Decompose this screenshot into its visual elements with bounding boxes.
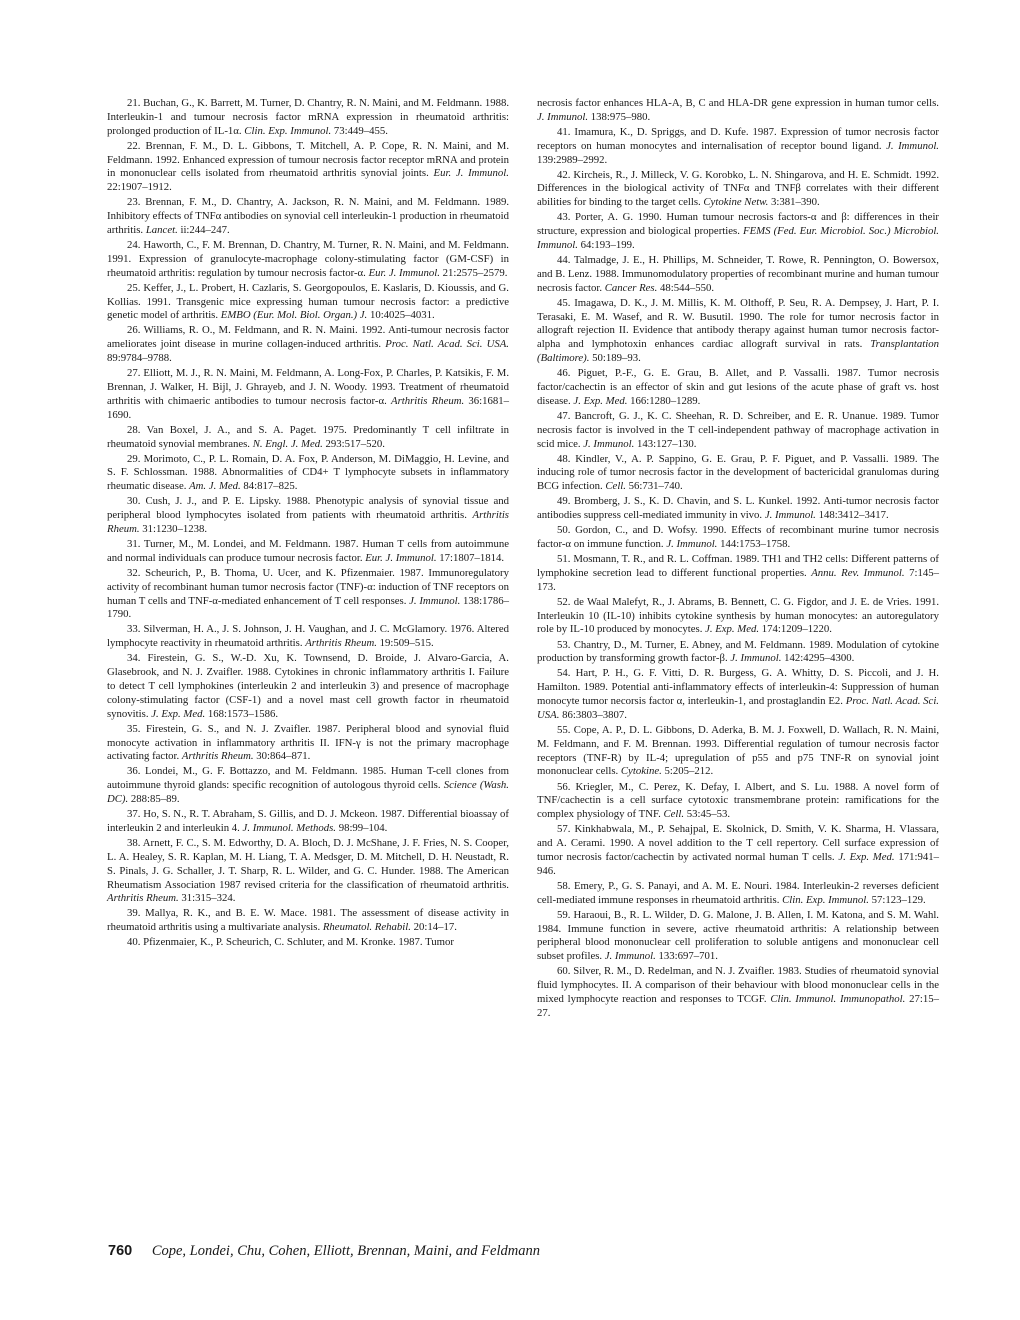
- reference-authors: Gordon, C., and D. Wofsy. 1990.: [575, 524, 731, 536]
- reference-number: 29.: [127, 453, 144, 465]
- reference-journal: Eur. J. Immunol.: [434, 167, 509, 179]
- reference-journal: J. Immunol.: [583, 438, 634, 450]
- reference-item: 34. Firestein, G. S., W.-D. Xu, K. Towns…: [107, 652, 509, 721]
- reference-item: 57. Kinkhabwala, M., P. Sehajpal, E. Sko…: [537, 823, 939, 878]
- reference-item: 44. Talmadge, J. E., H. Phillips, M. Sch…: [537, 254, 939, 296]
- reference-item: 45. Imagawa, D. K., J. M. Millis, K. M. …: [537, 297, 939, 366]
- running-head: Cope, Londei, Chu, Cohen, Elliott, Brenn…: [152, 1243, 540, 1259]
- reference-number: 41.: [557, 126, 574, 138]
- reference-journal: Clin. Immunol. Immunopathol.: [770, 993, 905, 1005]
- reference-citation: 174:1209–1220.: [759, 623, 832, 635]
- reference-journal: J. Immunol.: [409, 595, 460, 607]
- reference-column-left: 21. Buchan, G., K. Barrett, M. Turner, D…: [107, 97, 509, 951]
- reference-authors: Cush, J. J., and P. E. Lipsky. 1988.: [145, 495, 315, 507]
- reference-journal: J. Exp. Med.: [151, 708, 205, 720]
- reference-number: 50.: [557, 524, 575, 536]
- reference-number: 46.: [557, 367, 578, 379]
- reference-item: 30. Cush, J. J., and P. E. Lipsky. 1988.…: [107, 495, 509, 537]
- reference-item: necrosis factor enhances HLA-A, B, C and…: [537, 97, 939, 125]
- reference-citation: 133:697–701.: [656, 950, 718, 962]
- reference-citation: 22:1907–1912.: [107, 181, 172, 193]
- reference-number: 30.: [127, 495, 145, 507]
- reference-number: 60.: [557, 965, 573, 977]
- reference-journal: Rheumatol. Rehabil.: [323, 921, 411, 933]
- reference-number: 56.: [557, 781, 576, 793]
- reference-number: 52.: [557, 596, 574, 608]
- reference-title: necrosis factor enhances HLA-A, B, C and…: [537, 97, 939, 109]
- reference-citation: 20:14–17.: [411, 921, 457, 933]
- reference-item: 50. Gordon, C., and D. Wofsy. 1990. Effe…: [537, 524, 939, 552]
- reference-number: 33.: [127, 623, 143, 635]
- reference-journal: J. Exp. Med.: [838, 851, 894, 863]
- reference-journal: Arthritis Rheum.: [305, 637, 377, 649]
- reference-number: 34.: [127, 652, 148, 664]
- reference-number: 38.: [127, 837, 143, 849]
- reference-citation: 166:1280–1289.: [627, 395, 700, 407]
- reference-journal: Clin. Exp. Immunol.: [782, 894, 869, 906]
- reference-journal: Am. J. Med.: [189, 480, 241, 492]
- reference-number: 58.: [557, 880, 574, 892]
- reference-number: 44.: [557, 254, 574, 266]
- reference-citation: 30:864–871.: [254, 750, 311, 762]
- reference-citation: 288:85–89.: [128, 793, 179, 805]
- reference-item: 56. Kriegler, M., C. Perez, K. Defay, I.…: [537, 781, 939, 823]
- reference-number: 43.: [557, 211, 575, 223]
- reference-journal: J. Immunol. Methods.: [243, 822, 336, 834]
- reference-number: 51.: [557, 553, 573, 565]
- reference-authors: de Waal Malefyt, R., J. Abrams, B. Benne…: [574, 596, 939, 608]
- reference-journal: J. Exp. Med.: [705, 623, 759, 635]
- reference-journal: Eur. J. Immunol.: [369, 267, 440, 279]
- reference-journal: J. Immunol.: [666, 538, 717, 550]
- reference-title: Immune function in severe, active rheuma…: [537, 923, 939, 963]
- reference-authors: Mallya, R. K., and B. E. W. Mace. 1981.: [145, 907, 340, 919]
- reference-number: 47.: [557, 410, 575, 422]
- reference-citation: 138:975–980.: [588, 111, 650, 123]
- reference-number: 25.: [127, 282, 143, 294]
- reference-journal: Cancer Res.: [605, 282, 658, 294]
- reference-item: 36. Londei, M., G. F. Bottazzo, and M. F…: [107, 765, 509, 807]
- reference-authors: Mosmann, T. R., and R. L. Coffman. 1989.: [573, 553, 762, 565]
- reference-journal: J. Exp. Med.: [573, 395, 627, 407]
- reference-journal: J. Immunol.: [765, 509, 816, 521]
- reference-number: 23.: [127, 196, 145, 208]
- reference-journal: Cell.: [663, 808, 684, 820]
- reference-item: 24. Haworth, C., F. M. Brennan, D. Chant…: [107, 239, 509, 281]
- reference-citation: 31:1230–1238.: [140, 523, 208, 535]
- reference-item: 48. Kindler, V., A. P. Sappino, G. E. Gr…: [537, 453, 939, 495]
- reference-journal: Proc. Natl. Acad. Sci. USA.: [385, 338, 509, 350]
- reference-citation: 84:817–825.: [241, 480, 298, 492]
- reference-number: 35.: [127, 723, 146, 735]
- reference-number: 37.: [127, 808, 143, 820]
- reference-citation: 89:9784–9788.: [107, 352, 172, 364]
- reference-authors: Silver, R. M., D. Redelman, and N. J. Zv…: [573, 965, 804, 977]
- reference-authors: Kriegler, M., C. Perez, K. Defay, I. Alb…: [576, 781, 863, 793]
- reference-authors: Bancroft, G. J., K. C. Sheehan, R. D. Sc…: [575, 410, 911, 422]
- reference-citation: 144:1753–1758.: [717, 538, 790, 550]
- reference-journal: Annu. Rev. Immunol.: [811, 567, 904, 579]
- reference-item: 21. Buchan, G., K. Barrett, M. Turner, D…: [107, 97, 509, 139]
- reference-item: 33. Silverman, H. A., J. S. Johnson, J. …: [107, 623, 509, 651]
- reference-number: 57.: [557, 823, 575, 835]
- reference-journal: Arthritis Rheum.: [391, 395, 464, 407]
- reference-item: 60. Silver, R. M., D. Redelman, and N. J…: [537, 965, 939, 1020]
- reference-citation: 21:2575–2579.: [440, 267, 508, 279]
- reference-number: 59.: [557, 909, 574, 921]
- reference-item: 46. Piguet, P.-F., G. E. Grau, B. Allet,…: [537, 367, 939, 409]
- reference-authors: Chantry, D., M. Turner, E. Abney, and M.…: [574, 639, 837, 651]
- reference-item: 41. Imamura, K., D. Spriggs, and D. Kufe…: [537, 126, 939, 168]
- reference-number: 21.: [127, 97, 143, 109]
- reference-authors: Kindler, V., A. P. Sappino, G. E. Grau, …: [575, 453, 922, 465]
- reference-number: 53.: [557, 639, 574, 651]
- reference-number: 27.: [127, 367, 143, 379]
- reference-item: 52. de Waal Malefyt, R., J. Abrams, B. B…: [537, 596, 939, 638]
- reference-citation: 17:1807–1814.: [437, 552, 505, 564]
- reference-citation: 148:3412–3417.: [816, 509, 889, 521]
- reference-number: 45.: [557, 297, 574, 309]
- reference-number: 31.: [127, 538, 144, 550]
- reference-citation: 31:315–324.: [179, 892, 236, 904]
- reference-citation: 5:205–212.: [662, 765, 713, 777]
- reference-number: 49.: [557, 495, 574, 507]
- reference-journal: J. Immunol.: [605, 950, 656, 962]
- reference-citation: 53:45–53.: [684, 808, 730, 820]
- reference-number: 24.: [127, 239, 143, 251]
- reference-citation: 293:517–520.: [323, 438, 385, 450]
- reference-citation: 3:381–390.: [768, 196, 819, 208]
- reference-citation: 10:4025–4031.: [367, 309, 435, 321]
- reference-authors: Scheurich, P., B. Thoma, U. Ucer, and K.…: [145, 567, 428, 579]
- reference-number: 28.: [127, 424, 147, 436]
- reference-citation: 50:189–93.: [589, 352, 640, 364]
- reference-authors: Firestein, G. S., and N. J. Zvaifler. 19…: [146, 723, 346, 735]
- page-footer: 760 Cope, Londei, Chu, Cohen, Elliott, B…: [108, 1243, 540, 1260]
- reference-journal: J. Immunol.: [730, 652, 781, 664]
- reference-item: 47. Bancroft, G. J., K. C. Sheehan, R. D…: [537, 410, 939, 452]
- reference-citation: 98:99–104.: [336, 822, 387, 834]
- reference-number: 48.: [557, 453, 575, 465]
- reference-column-right: necrosis factor enhances HLA-A, B, C and…: [537, 97, 939, 1022]
- reference-item: 37. Ho, S. N., R. T. Abraham, S. Gillis,…: [107, 808, 509, 836]
- reference-item: 23. Brennan, F. M., D. Chantry, A. Jacks…: [107, 196, 509, 238]
- reference-number: 32.: [127, 567, 145, 579]
- reference-number: 26.: [127, 324, 144, 336]
- reference-citation: 143:127–130.: [634, 438, 696, 450]
- reference-item: 58. Emery, P., G. S. Panayi, and A. M. E…: [537, 880, 939, 908]
- reference-item: 35. Firestein, G. S., and N. J. Zvaifler…: [107, 723, 509, 765]
- reference-authors: Imamura, K., D. Spriggs, and D. Kufe. 19…: [574, 126, 780, 138]
- reference-authors: Van Boxel, J. A., and S. A. Paget. 1975.: [147, 424, 354, 436]
- reference-number: 40.: [127, 936, 143, 948]
- reference-citation: 48:544–550.: [657, 282, 714, 294]
- reference-item: 40. Pfizenmaier, K., P. Scheurich, C. Sc…: [107, 936, 509, 950]
- reference-number: 22.: [127, 140, 146, 152]
- reference-authors: Bromberg, J. S., K. D. Chavin, and S. L.…: [574, 495, 823, 507]
- reference-authors: Ho, S. N., R. T. Abraham, S. Gillis, and…: [143, 808, 407, 820]
- reference-authors: Buchan, G., K. Barrett, M. Turner, D. Ch…: [143, 97, 509, 109]
- reference-citation: 73:449–455.: [331, 125, 388, 137]
- reference-citation: ii:244–247.: [178, 224, 230, 236]
- reference-journal: Lancet.: [146, 224, 178, 236]
- reference-journal: J. Immunol.: [886, 140, 939, 152]
- reference-authors: Turner, M., M. Londei, and M. Feldmann. …: [144, 538, 362, 550]
- reference-authors: Pfizenmaier, K., P. Scheurich, C. Schlut…: [143, 936, 454, 948]
- reference-authors: Londei, M., G. F. Bottazzo, and M. Feldm…: [145, 765, 391, 777]
- reference-citation: 168:1573–1586.: [205, 708, 278, 720]
- reference-journal: Cytokine Netw.: [703, 196, 768, 208]
- reference-item: 22. Brennan, F. M., D. L. Gibbons, T. Mi…: [107, 140, 509, 195]
- reference-item: 43. Porter, A. G. 1990. Human tumour nec…: [537, 211, 939, 253]
- reference-number: 36.: [127, 765, 145, 777]
- reference-journal: Arthritis Rheum.: [107, 892, 179, 904]
- reference-item: 54. Hart, P. H., G. F. Vitti, D. R. Burg…: [537, 667, 939, 722]
- reference-citation: 142:4295–4300.: [781, 652, 854, 664]
- reference-number: 39.: [127, 907, 145, 919]
- reference-citation: 86:3803–3807.: [559, 709, 627, 721]
- page-number: 760: [108, 1243, 132, 1259]
- reference-citation: 64:193–199.: [578, 239, 635, 251]
- reference-item: 42. Kircheis, R., J. Milleck, V. G. Koro…: [537, 169, 939, 211]
- reference-journal: Cell.: [605, 480, 626, 492]
- reference-citation: 19:509–515.: [377, 637, 434, 649]
- reference-journal: Eur. J. Immunol.: [365, 552, 436, 564]
- reference-authors: Brennan, F. M., D. Chantry, A. Jackson, …: [145, 196, 509, 208]
- reference-authors: Kircheis, R., J. Milleck, V. G. Korobko,…: [573, 169, 939, 181]
- reference-citation: 56:731–740.: [626, 480, 683, 492]
- reference-item: 28. Van Boxel, J. A., and S. A. Paget. 1…: [107, 424, 509, 452]
- reference-authors: Williams, R. O., M. Feldmann, and R. N. …: [144, 324, 388, 336]
- reference-item: 27. Elliott, M. J., R. N. Maini, M. Feld…: [107, 367, 509, 422]
- reference-item: 32. Scheurich, P., B. Thoma, U. Ucer, an…: [107, 567, 509, 622]
- reference-authors: Piguet, P.-F., G. E. Grau, B. Allet, and…: [578, 367, 868, 379]
- reference-citation: 139:2989–2992.: [537, 154, 607, 166]
- reference-authors: Porter, A. G. 1990.: [575, 211, 666, 223]
- reference-item: 49. Bromberg, J. S., K. D. Chavin, and S…: [537, 495, 939, 523]
- reference-item: 55. Cope, A. P., D. L. Gibbons, D. Aderk…: [537, 724, 939, 779]
- reference-journal: J. Immunol.: [537, 111, 588, 123]
- reference-journal: N. Engl. J. Med.: [253, 438, 323, 450]
- reference-citation: 57:123–129.: [869, 894, 926, 906]
- reference-number: 54.: [557, 667, 576, 679]
- reference-item: 31. Turner, M., M. Londei, and M. Feldma…: [107, 538, 509, 566]
- reference-item: 26. Williams, R. O., M. Feldmann, and R.…: [107, 324, 509, 366]
- reference-authors: Emery, P., G. S. Panayi, and A. M. E. No…: [574, 880, 803, 892]
- reference-journal: Clin. Exp. Immunol.: [244, 125, 331, 137]
- reference-item: 53. Chantry, D., M. Turner, E. Abney, an…: [537, 639, 939, 667]
- reference-journal: EMBO (Eur. Mol. Biol. Organ.) J.: [221, 309, 368, 321]
- reference-item: 29. Morimoto, C., P. L. Romain, D. A. Fo…: [107, 453, 509, 495]
- reference-authors: Silverman, H. A., J. S. Johnson, J. H. V…: [143, 623, 476, 635]
- reference-number: 42.: [557, 169, 573, 181]
- reference-journal: Arthritis Rheum.: [182, 750, 254, 762]
- reference-item: 51. Mosmann, T. R., and R. L. Coffman. 1…: [537, 553, 939, 595]
- reference-item: 25. Keffer, J., L. Probert, H. Cazlaris,…: [107, 282, 509, 324]
- reference-number: 55.: [557, 724, 574, 736]
- reference-item: 59. Haraoui, B., R. L. Wilder, D. G. Mal…: [537, 909, 939, 964]
- reference-journal: Cytokine.: [621, 765, 662, 777]
- reference-item: 38. Arnett, F. C., S. M. Edworthy, D. A.…: [107, 837, 509, 906]
- reference-item: 39. Mallya, R. K., and B. E. W. Mace. 19…: [107, 907, 509, 935]
